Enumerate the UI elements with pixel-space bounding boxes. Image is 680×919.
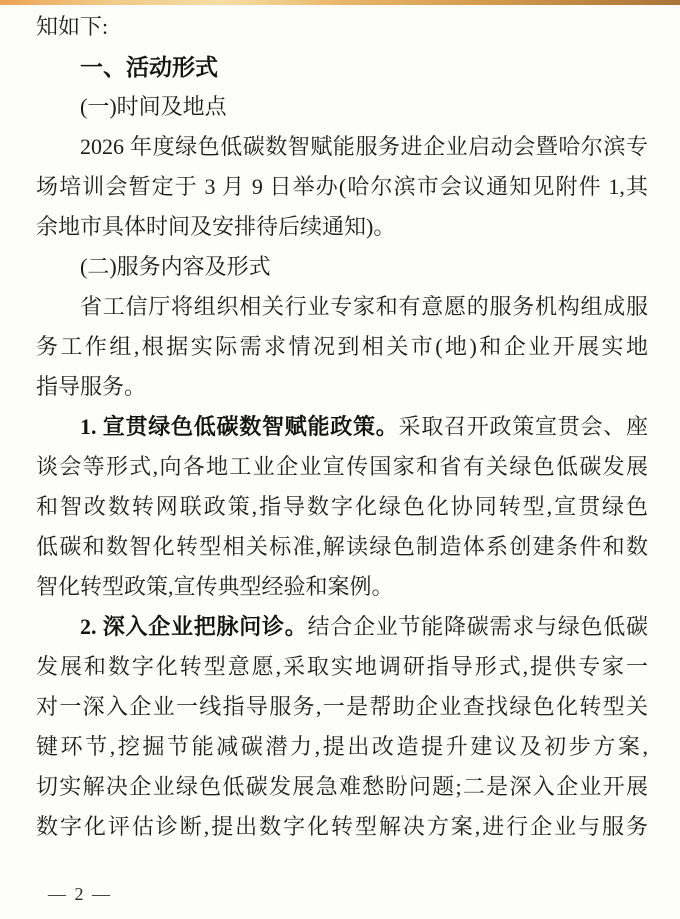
line-text: 场培训会暂定于 3 月 9 日举办(哈尔滨市会议通知见附件 1,其	[36, 174, 648, 199]
line-text: 智化转型政策,宣传典型经验和案例。	[36, 574, 394, 599]
document-page: { "colors": { "scan_band_left": "#eda355…	[0, 0, 680, 919]
line-text: 省工信厅将组织相关行业专家和有意愿的服务机构组成服	[80, 294, 648, 319]
body-text-line: 发展和数字化转型意愿,采取实地调研指导形式,提供专家一	[36, 647, 648, 687]
line-text: 键环节,挖掘节能减碳潜力,提出改造提升建议及初步方案,	[36, 734, 648, 759]
body-text-line: 键环节,挖掘节能减碳潜力,提出改造提升建议及初步方案,	[36, 727, 648, 767]
line-text: 一、活动形式	[80, 54, 218, 80]
body-text-line: 智化转型政策,宣传典型经验和案例。	[36, 567, 648, 607]
body-text-line: 2026 年度绿色低碳数智赋能服务进企业启动会暨哈尔滨专	[36, 127, 648, 167]
line-text: 谈会等形式,向各地工业企业宣传国家和省有关绿色低碳发展	[36, 454, 648, 479]
line-text: 数字化评估诊断,提出数字化转型解决方案,进行企业与服务	[36, 814, 648, 839]
line-text: (一)时间及地点	[80, 94, 227, 119]
line-text: 2026 年度绿色低碳数智赋能服务进企业启动会暨哈尔滨专	[80, 134, 648, 159]
line-text: (二)服务内容及形式	[80, 254, 271, 279]
section-heading: 一、活动形式	[36, 47, 648, 87]
body-text-line: 低碳和数智化转型相关标准,解读绿色制造体系创建条件和数	[36, 527, 648, 567]
line-text: 务工作组,根据实际需求情况到相关市(地)和企业开展实地	[36, 334, 648, 359]
body-text-line: 指导服务。	[36, 367, 648, 407]
body-text-line: 谈会等形式,向各地工业企业宣传国家和省有关绿色低碳发展	[36, 447, 648, 487]
line-text: 采取召开政策宣贯会、座	[398, 414, 648, 439]
body-text-line: 和智改数转网联政策,指导数字化绿色化协同转型,宣贯绿色	[36, 487, 648, 527]
scan-edge-band	[0, 0, 680, 5]
body-text-line: 余地市具体时间及安排待后续通知)。	[36, 207, 648, 247]
body-text-line: 2. 深入企业把脉问诊。结合企业节能降碳需求与绿色低碳	[36, 607, 648, 647]
line-text: 发展和数字化转型意愿,采取实地调研指导形式,提供专家一	[36, 654, 648, 679]
page-number: — 2 —	[48, 884, 112, 905]
subsection-heading: (二)服务内容及形式	[36, 247, 648, 287]
line-text: 对一深入企业一线指导服务,一是帮助企业查找绿色化转型关	[36, 694, 648, 719]
body-text-line: 省工信厅将组织相关行业专家和有意愿的服务机构组成服	[36, 287, 648, 327]
line-text: 低碳和数智化转型相关标准,解读绿色制造体系创建条件和数	[36, 534, 648, 559]
body-text-line: 数字化评估诊断,提出数字化转型解决方案,进行企业与服务	[36, 807, 648, 847]
document-body: 知如下:一、活动形式(一)时间及地点2026 年度绿色低碳数智赋能服务进企业启动…	[36, 7, 648, 847]
body-text-line: 对一深入企业一线指导服务,一是帮助企业查找绿色化转型关	[36, 687, 648, 727]
body-text-line: 务工作组,根据实际需求情况到相关市(地)和企业开展实地	[36, 327, 648, 367]
line-text: 和智改数转网联政策,指导数字化绿色化协同转型,宣贯绿色	[36, 494, 648, 519]
bold-lead-text: 1. 宣贯绿色低碳数智赋能政策。	[80, 414, 398, 439]
body-text-line: 知如下:	[36, 7, 648, 47]
line-text: 余地市具体时间及安排待后续通知)。	[36, 214, 395, 239]
subsection-heading: (一)时间及地点	[36, 87, 648, 127]
body-text-line: 场培训会暂定于 3 月 9 日举办(哈尔滨市会议通知见附件 1,其	[36, 167, 648, 207]
line-text: 切实解决企业绿色低碳发展急难愁盼问题;二是深入企业开展	[36, 774, 648, 799]
line-text: 知如下:	[36, 14, 108, 39]
bold-lead-text: 2. 深入企业把脉问诊。	[80, 614, 308, 639]
line-text: 结合企业节能降碳需求与绿色低碳	[308, 614, 648, 639]
body-text-line: 切实解决企业绿色低碳发展急难愁盼问题;二是深入企业开展	[36, 767, 648, 807]
line-text: 指导服务。	[36, 374, 146, 399]
body-text-line: 1. 宣贯绿色低碳数智赋能政策。采取召开政策宣贯会、座	[36, 407, 648, 447]
